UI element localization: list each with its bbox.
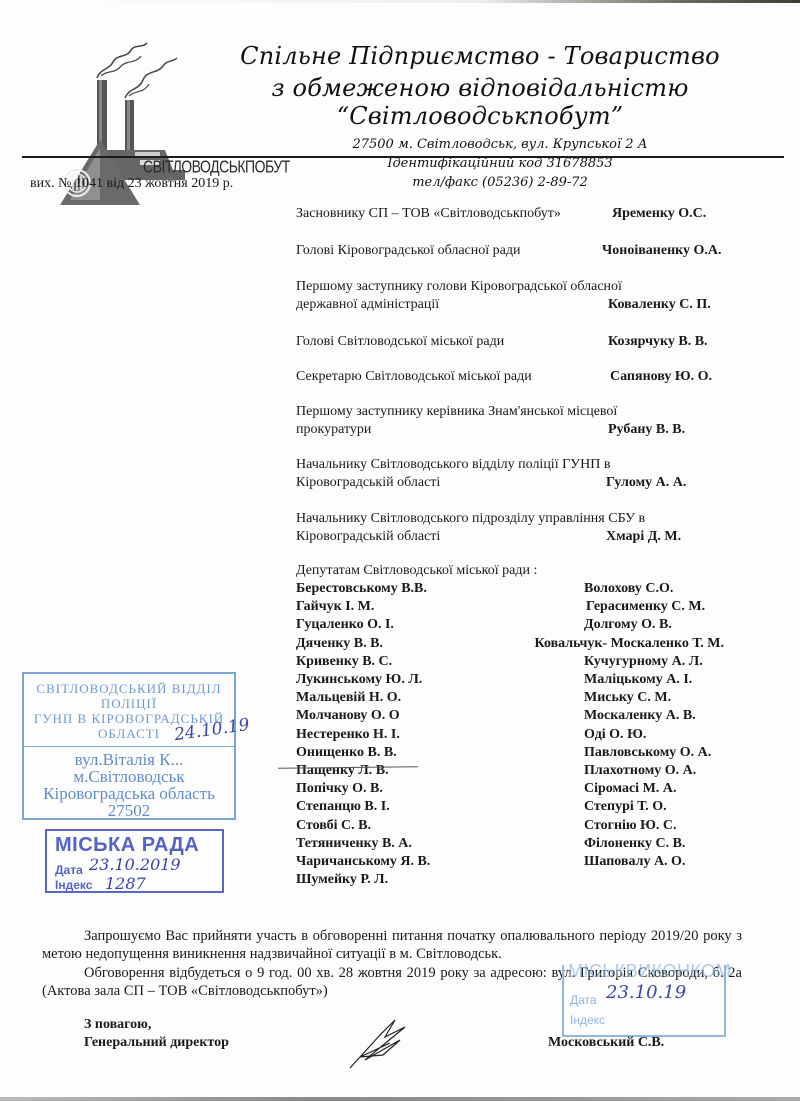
city-council-stamp: МІСЬКА РАДА Дата 23.10.2019 Індекс 1287: [45, 829, 224, 893]
city-council-date-value: 23.10.2019: [89, 855, 181, 874]
letterhead-divider: [22, 156, 784, 158]
deputy-name: Кривенку В. С.: [296, 654, 392, 670]
deputy-name: Маліцькому А. І.: [584, 672, 692, 688]
exec-stamp-date-value: 23.10.19: [606, 982, 686, 1003]
addressee-2: Голові Кіровоградської обласної ради Чон…: [296, 242, 736, 260]
deputy-name: Молчанову О. О: [296, 708, 400, 724]
deputy-name: Гуцаленко О. І.: [296, 617, 394, 633]
addressee-name: Яременку О.С.: [612, 205, 706, 223]
exec-stamp-title: МІСЬКВИКОНКОМ: [568, 961, 731, 982]
page-edge-top: [0, 0, 800, 3]
deputy-name: Долгому О. В.: [584, 617, 672, 633]
page-edge-bottom: [0, 1097, 800, 1101]
company-name-line2: з обмеженою відповідальністю “Світловодс…: [160, 74, 800, 130]
deputy-name: Кучугурному А. Л.: [584, 654, 703, 670]
deputy-name: Лукинському Ю. Л.: [296, 672, 422, 688]
addressee-6: Першому заступнику керівника Знам'янсько…: [296, 403, 736, 439]
addressee-name: Гулому А. А.: [606, 474, 686, 492]
city-council-index-value: 1287: [105, 874, 146, 893]
deputy-name: Пащенку Л. В.: [296, 763, 389, 779]
city-council-index-label: Індекс: [55, 878, 92, 892]
deputy-name: Миську С. М.: [584, 690, 671, 706]
addressee-name: Сапянову Ю. О.: [610, 368, 712, 386]
signer-name: Московський С.В.: [548, 1035, 664, 1051]
police-stamp-line: ПОЛІЦІЇ: [24, 696, 234, 711]
deputy-name: Мальцевій Н. О.: [296, 690, 401, 706]
invitation-text: Запрошуємо Вас прийняти участь в обговор…: [42, 928, 742, 962]
deputy-name: Шаповалу А. О.: [584, 854, 685, 870]
police-stamp: СВІТЛОВОДСЬКИЙ ВІДДІЛПОЛІЦІЇГУНП В КІРОВ…: [22, 672, 236, 820]
deputy-name: Попічку О. В.: [296, 781, 383, 797]
deputy-name: Павловському О. А.: [584, 745, 711, 761]
deputy-name: Степурі Т. О.: [584, 799, 667, 815]
deputy-name: Москаленку А. В.: [584, 708, 696, 724]
deputy-name: Герасименку С. М.: [586, 599, 705, 615]
police-stamp-address: вул.Віталія К...м.СвітловодськКіровоград…: [24, 751, 234, 819]
addressee-name: Рубану В. В.: [608, 421, 685, 439]
outgoing-reference: вих. № 1041 від 23 жовтня 2019 р.: [30, 176, 233, 192]
addressee-5: Секретарю Світловодської міської ради Са…: [296, 368, 736, 386]
addressee-position: Першому заступнику голови Кіровоградсько…: [296, 278, 736, 296]
deputy-name: Волохову С.О.: [584, 581, 673, 597]
exec-stamp-index-label: Індекс: [570, 1013, 605, 1027]
addressee-name: Чоноіваненку О.А.: [602, 242, 722, 260]
company-id-code: Ідентифікаційний код 31678853: [200, 156, 800, 171]
company-address: 27500 м. Світловодськ, вул. Крупської 2 …: [200, 137, 800, 152]
company-phone: тел/факс (05236) 2-89-72: [200, 175, 800, 190]
police-stamp-divider: [24, 746, 234, 747]
police-stamp-line: Кіровоградська область: [24, 785, 234, 802]
exec-stamp-date-label: Дата: [570, 993, 597, 1007]
company-name-line1: Спільне Підприємство - Товариство: [160, 42, 800, 70]
addressee-8: Начальнику Світловодського підрозділу уп…: [296, 510, 736, 546]
city-council-stamp-title: МІСЬКА РАДА: [55, 834, 199, 857]
invitation-paragraph: Запрошуємо Вас прийняти участь в обговор…: [42, 927, 742, 963]
deputy-name: Онищенко В. В.: [296, 745, 397, 761]
deputy-name: Філоненку С. В.: [584, 836, 685, 852]
addressee-name: Козярчуку В. В.: [608, 333, 708, 351]
deputies-intro: Депутатам Світловодської міської ради :: [296, 563, 537, 579]
deputy-name: Шумейку Р. Л.: [296, 872, 388, 888]
deputy-name: Чаричанському Я. В.: [296, 854, 430, 870]
deputy-name: Берестовському В.В.: [296, 581, 427, 597]
signature-icon: [345, 1015, 445, 1070]
deputy-name: Гайчук І. М.: [296, 599, 374, 615]
deputy-name: Нестеренко Н. І.: [296, 727, 400, 743]
police-stamp-line: 27502: [24, 802, 234, 819]
addressee-7: Начальнику Світловодського відділу поліц…: [296, 456, 736, 492]
deputy-name: Стовбі С. В.: [296, 818, 371, 834]
signer-position: Генеральний директор: [84, 1035, 229, 1051]
addressee-1: Засновнику СП – ТОВ «Світловодськпобут» …: [296, 205, 736, 223]
police-stamp-line: СВІТЛОВОДСЬКИЙ ВІДДІЛ: [24, 681, 234, 696]
deputy-name: Сіромасі М. А.: [584, 781, 676, 797]
deputy-name: Плахотному О. А.: [584, 763, 696, 779]
closing-regards: З повагою,: [84, 1017, 151, 1033]
deputy-name: Стогнію Ю. С.: [584, 818, 677, 834]
addressee-position: Першому заступнику керівника Знам'янсько…: [296, 403, 736, 421]
addressee-position: Начальнику Світловодського відділу поліц…: [296, 456, 736, 474]
police-stamp-line: вул.Віталія К...: [24, 751, 234, 768]
addressee-name: Коваленку С. П.: [608, 296, 711, 314]
addressee-3: Першому заступнику голови Кіровоградсько…: [296, 278, 736, 314]
police-stamp-line: м.Світловодськ: [24, 768, 234, 785]
deputy-name: Тетяниченку В. А.: [296, 836, 412, 852]
addressee-name: Хмарі Д. М.: [606, 528, 681, 546]
city-council-date-label: Дата: [55, 863, 83, 877]
executive-committee-stamp: МІСЬКВИКОНКОМ Дата 23.10.19 Індекс: [562, 965, 726, 1037]
deputy-name: Дяченку В. В.: [296, 636, 383, 652]
deputy-name: Ковальчук- Москаленко Т. М.: [535, 636, 725, 652]
deputy-name: Степанцю В. І.: [296, 799, 390, 815]
deputy-name: Оді О. Ю.: [584, 727, 646, 743]
addressee-position: Начальнику Світловодського підрозділу уп…: [296, 510, 736, 528]
addressee-4: Голові Світловодської міської ради Козяр…: [296, 333, 736, 351]
